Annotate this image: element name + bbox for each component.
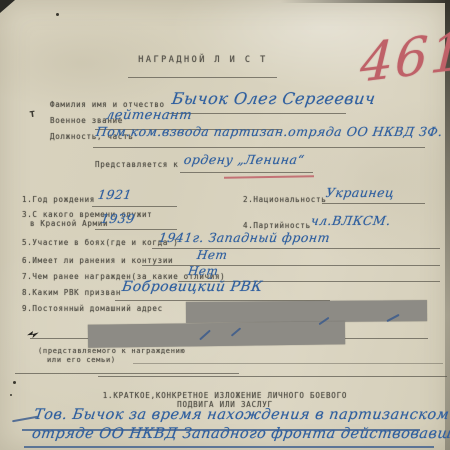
wounds-label: 6.Имеет ли ранения и контузии [22, 256, 173, 265]
rank-value: лейтенант [105, 108, 193, 123]
rvk-label: 8.Каким РВК призван [22, 288, 121, 297]
service-since-value: 1939 [100, 211, 136, 226]
paper-speck [10, 394, 12, 396]
title-underline [128, 77, 277, 78]
combat-underline [152, 248, 440, 249]
section2-title-line1: 1.КРАТКОЕ,КОНКРЕТНОЕ ИЗЛОЖЕНИЕ ЛИЧНОГО Б… [60, 391, 390, 400]
citation-underline-2 [24, 446, 434, 448]
nomination-label: Представляется к [95, 160, 178, 169]
party-label: 4.Партийность [243, 221, 311, 230]
redaction-box-2 [88, 321, 345, 348]
nationality-value: Украинец [325, 185, 395, 200]
citation-line2: отряде ОО НКВД Западного фронта действов… [31, 426, 450, 442]
margin-check-mark: т [28, 107, 36, 121]
rvk-superscript: 2 [208, 272, 213, 281]
rvk-value: Бобровицкий РВК [121, 279, 264, 295]
birth-year-value: 1921 [97, 187, 133, 202]
scan-edge-artifact-top [280, 0, 450, 3]
address-note-underline [133, 363, 443, 364]
birth-year-underline [92, 206, 177, 207]
combat-label: 5.Участие в боях(где и когда ) [22, 238, 178, 247]
section-divider-2 [98, 376, 447, 377]
address-label: 9.Постоянный домашний адрес [22, 304, 163, 313]
nationality-label: 2.Национальность [243, 195, 326, 204]
prev-awards-value: Нет [187, 264, 219, 278]
name-value: Бычок Олег Сергеевич [171, 89, 377, 108]
party-value: чл.ВЛКСМ. [310, 213, 392, 228]
nationality-underline [322, 203, 425, 204]
nomination-underline [180, 172, 313, 173]
nomination-red-underline [224, 175, 314, 178]
birth-year-label: 1.Год рождения [22, 195, 95, 204]
wounds-underline [142, 265, 440, 266]
citation-line1: Тов. Бычок за время нахождения в партиза… [33, 407, 450, 423]
paper-speck [13, 381, 16, 384]
position-underline [93, 147, 425, 148]
combat-value: 1941г. Западный фронт [158, 230, 331, 245]
position-value: Пом.ком.взвода партизан.отряда ОО НКВД З… [95, 124, 444, 139]
award-sheet-scan: 461 НАГРАДНОЙ Л И С Т т Фамилия имя и от… [0, 0, 450, 450]
name-underline [168, 113, 346, 114]
document-title: НАГРАДНОЙ Л И С Т [128, 55, 278, 65]
section-divider [15, 373, 239, 374]
wounds-value: Нет [196, 248, 228, 262]
nomination-value: ордену „Ленина“ [183, 152, 306, 167]
registry-number: 461 [359, 21, 450, 95]
service-since-label-line2: в Красной Армии [30, 219, 108, 228]
address-note-line1: (представляемого к награждению [38, 347, 185, 355]
paper-speck [56, 13, 59, 16]
address-note-line2: или его семьи) [47, 356, 116, 364]
scan-corner-artifact [0, 0, 15, 13]
